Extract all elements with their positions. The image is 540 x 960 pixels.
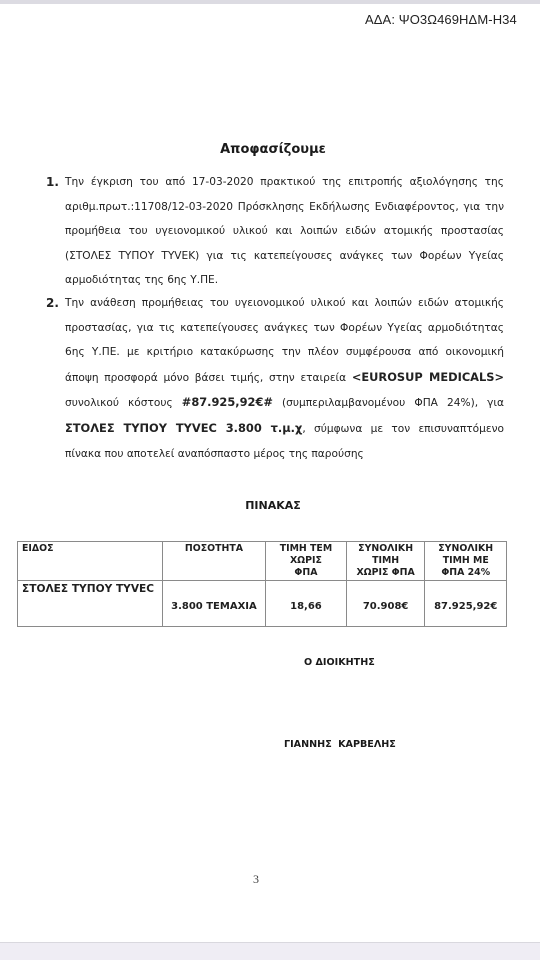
cell-total-without-vat: 70.908€ [346,581,425,627]
cell-quantity: 3.800 ΤΕΜΑΧΙΑ [162,581,265,627]
signature-name: ΓΙΑΝΝΗΣ ΚΑΡΒΕΛΗΣ [284,739,396,750]
header-unit-price: ΤΙΜΗ ΤΕΜ ΧΩΡΙΣ ΦΠΑ [266,542,347,581]
ada-code: ΑΔΑ: ΨΟ3Ω469ΗΔΜ-Η34 [365,12,517,27]
product-quantity: ΣΤΟΛΕΣ ΤΥΠΟΥ TYVEC 3.800 τ.μ.χ [65,421,302,435]
header-item: ΕΙΔΟΣ [18,542,163,581]
cell-unit-price: 18,66 [266,581,347,627]
signature-title: Ο ΔΙΟΙΚΗΤΗΣ [304,657,375,668]
decision-item-2: 2. Την ανάθεση προμήθειας του υγειονομικ… [46,291,504,466]
table-title: ΠΙΝΑΚΑΣ [0,499,540,512]
total-cost: #87.925,92€# [182,395,273,409]
cell-total-with-vat: 87.925,92€ [425,581,507,627]
item-text: Την έγκριση του από 17-03-2020 πρακτικού… [65,170,504,293]
decision-item-1: 1. Την έγκριση του από 17-03-2020 πρακτι… [46,170,504,293]
item-number: 2. [46,291,59,316]
header-quantity: ΠΟΣΟΤΗΤΑ [162,542,265,581]
bottom-bar [0,942,540,960]
header-total-without-vat: ΣΥΝΟΛΙΚΗ ΤΙΜΗ ΧΩΡΙΣ ΦΠΑ [346,542,425,581]
table-row: ΣΤΟΛΕΣ ΤΥΠΟΥ TYVEC 3.800 ΤΕΜΑΧΙΑ 18,66 7… [18,581,507,627]
item-text-cost-label: συνολικού κόστους [65,397,182,409]
header-total-with-vat: ΣΥΝΟΛΙΚΗ ΤΙΜΗ ΜΕ ΦΠΑ 24% [425,542,507,581]
item-number: 1. [46,170,59,195]
table-header-row: ΕΙΔΟΣ ΠΟΣΟΤΗΤΑ ΤΙΜΗ ΤΕΜ ΧΩΡΙΣ ΦΠΑ ΣΥΝΟΛΙ… [18,542,507,581]
price-table: ΕΙΔΟΣ ΠΟΣΟΤΗΤΑ ΤΙΜΗ ΤΕΜ ΧΩΡΙΣ ΦΠΑ ΣΥΝΟΛΙ… [17,541,507,627]
item-text-vat: (συμπεριλαμβανομένου ΦΠΑ 24%), για [273,397,504,409]
item-text: Την ανάθεση προμήθειας του υγειονομικού … [65,291,504,466]
company-name: <EUROSUP MEDICALS> [352,370,504,384]
top-bar [0,0,540,4]
decision-heading: Αποφασίζουμε [0,142,540,157]
page-number: 3 [253,872,259,887]
cell-item: ΣΤΟΛΕΣ ΤΥΠΟΥ TYVEC [18,581,163,627]
